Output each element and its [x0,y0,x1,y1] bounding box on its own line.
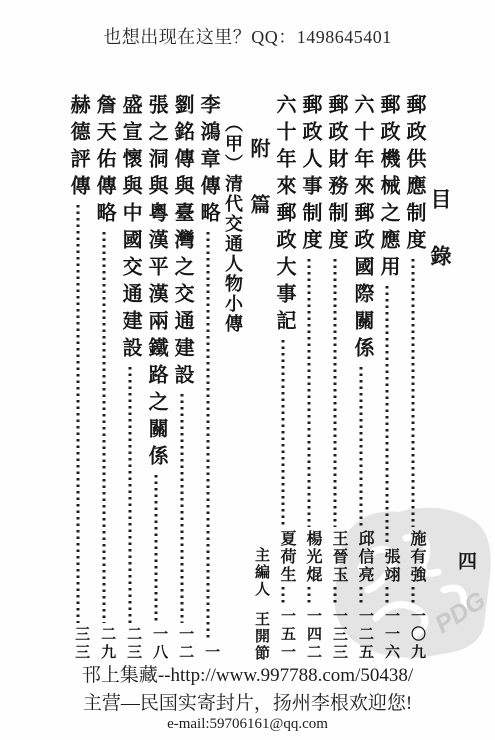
toc-entry: 附篇主編人王開節 [247,94,268,712]
dot-leader [377,584,398,608]
toc-entry: （甲）清代交通人物小傳 [223,94,242,662]
toc-entry-title: 郵政機械之應用 [377,94,398,283]
footer-email-line: e-mail:59706161@qq.com [0,716,495,733]
toc-entry-page: 二九 [93,626,114,662]
dot-leader [299,256,320,530]
toc-entry-title: 六十年來郵政國際關係 [351,94,372,364]
dot-leader [273,584,294,608]
toc-entry-author: 張翊 [377,548,398,584]
toc-entry-title: 詹天佑傳略 [93,94,114,229]
toc-entry-page: 一一六 [377,608,398,662]
toc-entry: 郵政人事制度楊光焜一四二 [299,94,320,662]
toc-entry-page: 一八 [145,626,166,662]
subsection-title: （甲）清代交通人物小傳 [223,114,242,334]
dot-leader [93,229,114,626]
toc-entry: 目錄 [429,94,451,662]
dot-leader [325,256,346,530]
dot-leader [299,584,320,608]
spacer [247,250,268,547]
section-editor-name: 王開節 [247,611,268,662]
section-editor-label: 主編人 [247,547,268,598]
toc-entry-page: 二三 [119,626,140,662]
dot-leader [171,391,192,626]
dot-leader [351,364,372,530]
toc-entry: 張之洞與粵漢平漢兩鐵路之關係一八 [145,94,166,662]
toc-entry-author: 楊光焜 [299,530,320,584]
dot-leader [325,584,346,608]
toc-entry: 郵政財務制度王晉玉一三三 [325,94,346,662]
dot-leader [197,229,218,644]
toc-entry-page: 一二 [171,626,192,662]
toc-entry-page: 一二五 [351,608,372,662]
toc-entry-title: 李鴻章傳略 [197,94,218,229]
toc-title: 目錄 [429,188,451,302]
section-title: 附篇 [247,138,268,250]
toc-entry: 李鴻章傳略一 [197,94,218,662]
dot-leader [377,283,398,548]
toc-columns: 目錄郵政供應制度施有強一〇九郵政機械之應用張翊一一六六十年來郵政國際關係邱信亮一… [67,94,451,662]
header-seller-watermark: 也想出现在这里？QQ：1498645401 [0,23,495,49]
toc-entry: 六十年來郵政大事記夏荷生一五一 [273,94,294,662]
toc-entry: 盛宣懷與中國交通建設二三 [119,94,140,662]
dot-leader [403,256,424,530]
toc-entry-author: 邱信亮 [351,530,372,584]
toc-entry-title: 六十年來郵政大事記 [273,94,294,337]
toc-entry-title: 劉銘傳與臺灣之交通建設 [171,94,192,391]
dot-leader [119,364,140,626]
toc-entry-title: 張之洞與粵漢平漢兩鐵路之關係 [145,94,166,472]
dot-leader [273,337,294,530]
dot-leader [67,202,88,626]
toc-entry: 劉銘傳與臺灣之交通建設一二 [171,94,192,662]
toc-entry-page: 一三三 [325,608,346,662]
toc-entry-page: 一五一 [273,608,294,662]
toc-entry-title: 赫德評傳 [67,94,88,202]
toc-entry-title: 郵政人事制度 [299,94,320,256]
toc-entry-page: 一 [197,644,218,662]
dot-leader [403,584,424,608]
toc-entry-page: 三三 [67,626,88,662]
toc-entry-author: 夏荷生 [273,530,294,584]
toc-entry: 赫德評傳三三 [67,94,88,662]
toc-entry-page: 一〇九 [403,608,424,662]
toc-entry-title: 郵政供應制度 [403,94,424,256]
toc-entry-page: 一四二 [299,608,320,662]
toc-entry-title: 郵政財務制度 [325,94,346,256]
toc-entry: 郵政機械之應用張翊一一六 [377,94,398,662]
toc-entry: 郵政供應制度施有強一〇九 [403,94,424,662]
dot-leader [351,584,372,608]
scanned-book-page: 也想出现在这里？QQ：1498645401 PDG 目錄郵政供應制度施有強一〇九… [0,0,495,740]
folio-page-number: 四 [452,551,479,570]
toc-entry-author: 王晉玉 [325,530,346,584]
dot-leader [145,472,166,626]
toc-entry: 六十年來郵政國際關係邱信亮一二五 [351,94,372,662]
toc-entry-title: 盛宣懷與中國交通建設 [119,94,140,364]
toc-entry-author: 施有強 [403,530,424,584]
toc-entry: 詹天佑傳略二九 [93,94,114,662]
